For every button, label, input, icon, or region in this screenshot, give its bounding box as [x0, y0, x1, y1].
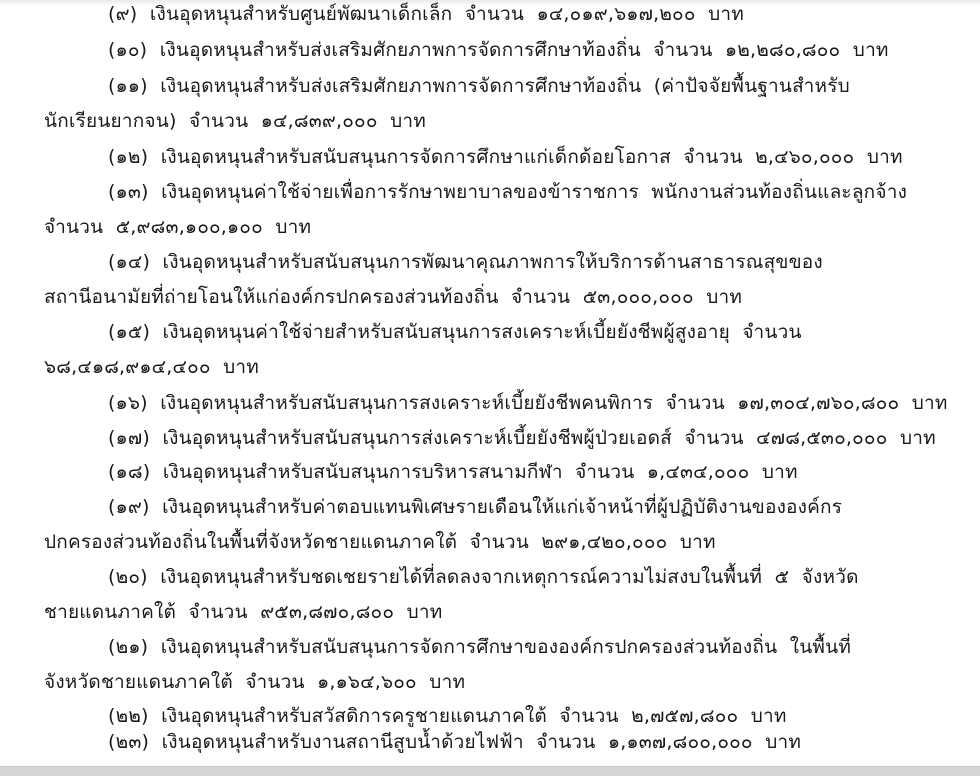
budget-item-text: ชายแดนภาคใต้ จำนวน ๙๕๓,๘๗๐,๘๐๐ บาท [44, 601, 443, 623]
budget-item-line-11a: (๑๑) เงินอุดหนุนสำหรับส่งเสริมศักยภาพการ… [108, 71, 980, 101]
budget-item-line-20a: (๒๐) เงินอุดหนุนสำหรับชดเชยรายได้ที่ลดลง… [108, 562, 980, 592]
budget-item-line-13b: จำนวน ๕,๙๘๓,๑๐๐,๑๐๐ บาท [44, 212, 980, 242]
budget-item-text: จังหวัดชายแดนภาคใต้ จำนวน ๑,๑๖๔,๖๐๐ บาท [44, 671, 465, 693]
budget-item-line-10: (๑๐) เงินอุดหนุนสำหรับส่งเสริมศักยภาพการ… [108, 35, 980, 65]
budget-item-text: (๑๕) เงินอุดหนุนค่าใช้จ่ายสำหรับสนับสนุน… [108, 321, 802, 343]
budget-item-line-12: (๑๒) เงินอุดหนุนสำหรับสนับสนุนการจัดการศ… [108, 142, 980, 172]
budget-item-text: จำนวน ๕,๙๘๓,๑๐๐,๑๐๐ บาท [44, 216, 311, 238]
viewer-bottom-bar [0, 766, 980, 776]
budget-item-line-23: (๒๓) เงินอุดหนุนสำหรับงานสถานีสูบน้ำด้วย… [108, 727, 980, 757]
budget-item-text: สถานีอนามัยที่ถ่ายโอนให้แก่องค์กรปกครองส… [44, 286, 742, 308]
budget-item-text: (๑๔) เงินอุดหนุนสำหรับสนับสนุนการพัฒนาคุ… [108, 251, 823, 273]
budget-item-line-14b: สถานีอนามัยที่ถ่ายโอนให้แก่องค์กรปกครองส… [44, 282, 980, 312]
budget-item-line-16: (๑๖) เงินอุดหนุนสำหรับสนับสนุนการสงเคราะ… [108, 388, 980, 418]
budget-item-text: (๒๑) เงินอุดหนุนสำหรับสนับสนุนการจัดการศ… [108, 636, 851, 658]
budget-item-line-15b: ๖๘,๔๑๘,๙๑๔,๔๐๐ บาท [44, 352, 980, 382]
budget-item-line-17: (๑๗) เงินอุดหนุนสำหรับสนับสนุนการส่งเครา… [108, 423, 980, 453]
budget-item-line-18: (๑๘) เงินอุดหนุนสำหรับสนับสนุนการบริหารส… [108, 457, 980, 487]
budget-item-text: (๒๓) เงินอุดหนุนสำหรับงานสถานีสูบน้ำด้วย… [108, 731, 801, 753]
budget-item-text: นักเรียนยากจน) จำนวน ๑๔,๘๓๙,๐๐๐ บาท [44, 110, 426, 132]
budget-item-line-19a: (๑๙) เงินอุดหนุนสำหรับค่าตอบแทนพิเศษรายเ… [108, 492, 980, 522]
budget-item-text: (๑๖) เงินอุดหนุนสำหรับสนับสนุนการสงเคราะ… [108, 392, 948, 414]
budget-item-text: (๑๑) เงินอุดหนุนสำหรับส่งเสริมศักยภาพการ… [108, 75, 850, 97]
budget-item-line-9: (๙) เงินอุดหนุนสำหรับศูนย์พัฒนาเด็กเล็ก … [108, 0, 980, 29]
budget-item-line-21a: (๒๑) เงินอุดหนุนสำหรับสนับสนุนการจัดการศ… [108, 632, 980, 662]
budget-item-text: (๙) เงินอุดหนุนสำหรับศูนย์พัฒนาเด็กเล็ก … [108, 3, 744, 25]
budget-item-line-14a: (๑๔) เงินอุดหนุนสำหรับสนับสนุนการพัฒนาคุ… [108, 247, 980, 277]
budget-item-text: (๑๙) เงินอุดหนุนสำหรับค่าตอบแทนพิเศษรายเ… [108, 496, 842, 518]
budget-item-line-19b: ปกครองส่วนท้องถิ่นในพื้นที่จังหวัดชายแดน… [44, 527, 980, 557]
budget-item-line-21b: จังหวัดชายแดนภาคใต้ จำนวน ๑,๑๖๔,๖๐๐ บาท [44, 667, 980, 697]
budget-item-text: (๑๓) เงินอุดหนุนค่าใช้จ่ายเพื่อการรักษาพ… [108, 181, 907, 203]
budget-item-text: ๖๘,๔๑๘,๙๑๔,๔๐๐ บาท [44, 356, 259, 378]
budget-item-text: (๒๐) เงินอุดหนุนสำหรับชดเชยรายได้ที่ลดลง… [108, 566, 859, 588]
budget-item-line-20b: ชายแดนภาคใต้ จำนวน ๙๕๓,๘๗๐,๘๐๐ บาท [44, 597, 980, 627]
budget-item-text: (๒๒) เงินอุดหนุนสำหรับสวัสดิการครูชายแดน… [108, 705, 787, 727]
budget-item-text: (๑๗) เงินอุดหนุนสำหรับสนับสนุนการส่งเครา… [108, 427, 936, 449]
budget-item-text: (๑๐) เงินอุดหนุนสำหรับส่งเสริมศักยภาพการ… [108, 39, 889, 61]
budget-item-line-15a: (๑๕) เงินอุดหนุนค่าใช้จ่ายสำหรับสนับสนุน… [108, 317, 980, 347]
budget-item-text: (๑๘) เงินอุดหนุนสำหรับสนับสนุนการบริหารส… [108, 461, 798, 483]
budget-item-text: (๑๒) เงินอุดหนุนสำหรับสนับสนุนการจัดการศ… [108, 146, 903, 168]
budget-item-text: ปกครองส่วนท้องถิ่นในพื้นที่จังหวัดชายแดน… [44, 531, 716, 553]
budget-item-line-11b: นักเรียนยากจน) จำนวน ๑๔,๘๓๙,๐๐๐ บาท [44, 106, 980, 136]
budget-item-line-13a: (๑๓) เงินอุดหนุนค่าใช้จ่ายเพื่อการรักษาพ… [108, 177, 980, 207]
